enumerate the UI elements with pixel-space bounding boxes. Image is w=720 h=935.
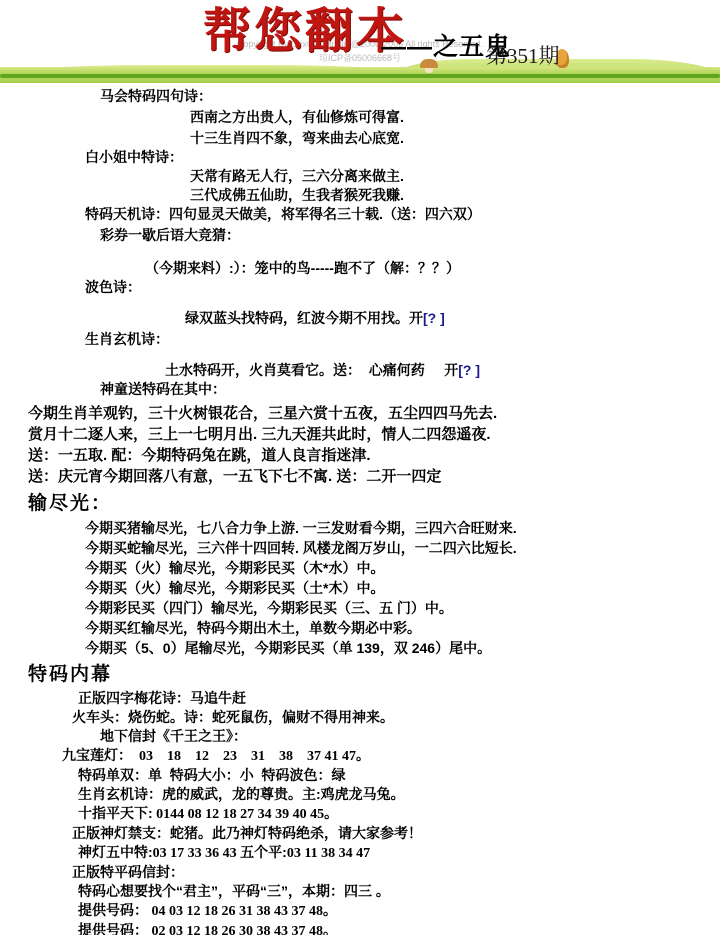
mahui-label: 马会特码四句诗： bbox=[100, 87, 720, 106]
poem-line: 十三生肖四不象，弯来曲去心底宽. bbox=[190, 129, 720, 148]
bose-line: 绿双蓝头找特码，红波今期不用找。开[? ] bbox=[185, 309, 720, 328]
main-poem-line: 送：庆元宵今期回落八有意，一五飞下七不寓. 送：二开一四定 bbox=[28, 466, 720, 487]
open-placeholder: [? ] bbox=[423, 310, 445, 326]
jiubao-label: 九宝莲灯： bbox=[62, 747, 132, 763]
shizhi-numbers: 0144 08 12 18 27 34 39 40 45 bbox=[153, 807, 325, 822]
mushroom-stem bbox=[425, 68, 433, 73]
junzhu-line: 特码心想要找个“君主”，平码“三”，本期：四三 。 bbox=[78, 882, 720, 901]
shengxiao2-line: 生肖玄机诗：虎的威武，龙的尊贵。主:鸡虎龙马兔。 bbox=[78, 785, 720, 804]
tigong-line: 提供号码： 04 03 12 18 26 31 38 43 37 48。 bbox=[78, 901, 720, 921]
shujinguang-line: 今期买（火）输尽光，今期彩民买（土*木）中。 bbox=[85, 578, 720, 598]
issue-number: 第351期 bbox=[486, 40, 560, 70]
poem-line: 三代成佛五仙助，生我者猴死我赚. bbox=[190, 186, 720, 205]
shujinguang-title: 输尽光： bbox=[28, 492, 720, 516]
meihua-line: 正版四字梅花诗：马追牛赶 bbox=[78, 689, 720, 708]
tigong-line: 提供号码： 02 03 12 18 26 30 38 43 37 48。 bbox=[78, 921, 720, 935]
main-poem-line: 赏月十二逐人来，三上一七明月出. 三九天涯共此时，情人二四怨遥夜. bbox=[28, 424, 720, 445]
dixia-line: 地下信封《千王之王》： bbox=[100, 727, 720, 746]
spacer bbox=[0, 297, 720, 309]
lailiao-line: （今期来料）:）：笼中的鸟-----跑不了（解：？？） bbox=[145, 259, 720, 278]
tigong-numbers: 04 03 12 18 26 31 38 43 37 48。 bbox=[148, 904, 337, 919]
tigong-numbers: 02 03 12 18 26 30 38 43 37 48。 bbox=[148, 924, 337, 935]
spacer bbox=[0, 349, 720, 361]
shizhi-end: 。 bbox=[324, 805, 338, 821]
shengxiao-text: 土水特码开，火肖莫看它。送： 心痛何药 开 bbox=[165, 362, 458, 378]
tepingxinfeng-line: 正版特平码信封： bbox=[72, 863, 720, 882]
wuzhongte-line: 神灯五中特:03 17 33 36 43 五个平:03 11 38 34 47 bbox=[78, 843, 720, 863]
mushroom-cap bbox=[420, 59, 438, 68]
grass-banner bbox=[0, 58, 720, 80]
shizhi-line: 十指平天下: 0144 08 12 18 27 34 39 40 45。 bbox=[78, 804, 720, 824]
tigong-label: 提供号码： bbox=[78, 902, 148, 918]
neimu-title: 特码内幕 bbox=[28, 663, 720, 687]
jiubao-end: 。 bbox=[356, 747, 370, 763]
caiquan-label: 彩券一歇后语大竞猜： bbox=[100, 226, 720, 245]
jiubao-numbers: 03 18 12 23 31 38 37 41 47 bbox=[132, 749, 356, 764]
jinzhi-line: 正版神灯禁支：蛇猪。此乃神灯特码绝杀，请大家参考！ bbox=[72, 824, 720, 843]
shujinguang-line: 今期买（火）输尽光，今期彩民买（木*水）中。 bbox=[85, 558, 720, 578]
spacer bbox=[0, 245, 720, 259]
header: Copyright By DexCai Studio @2000-2005 Al… bbox=[0, 0, 720, 80]
shujinguang-line: 今期买（5、0）尾输尽光，今期彩民买（单 139，双 246）尾中。 bbox=[85, 638, 720, 658]
bose-text: 绿双蓝头找特码，红波今期不用找。开 bbox=[185, 310, 423, 326]
poem-line: 天常有路无人行，三六分离来做主. bbox=[190, 167, 720, 186]
content: 马会特码四句诗： 西南之方出贵人，有仙修炼可得富. 十三生肖四不象，弯来曲去心底… bbox=[0, 80, 720, 935]
wuzhongte-numbers: 03 17 33 36 43 bbox=[153, 846, 241, 861]
page: Copyright By DexCai Studio @2000-2005 Al… bbox=[0, 0, 720, 935]
main-poem-line: 今期生肖羊观钓，三十火树银花合，三星六赏十五夜，五尘四四马先去. bbox=[28, 403, 720, 424]
shujinguang-line: 今期彩民买（四门）输尽光，今期彩民买（三、五 门）中。 bbox=[85, 598, 720, 618]
shizhi-label: 十指平天下: bbox=[78, 805, 153, 821]
open-placeholder: [? ] bbox=[458, 362, 480, 378]
jiubao-line: 九宝莲灯： 03 18 12 23 31 38 37 41 47。 bbox=[62, 746, 720, 766]
huochetou-line: 火车头：烧伤蛇。诗：蛇死鼠伤，偏财不得用神来。 bbox=[72, 708, 720, 727]
wuzhongte-label: 神灯五中特: bbox=[78, 844, 153, 860]
main-poem-line: 送：一五取. 配：今期特码兔在跳，道人良言指迷津. bbox=[28, 445, 720, 466]
grass-edge bbox=[0, 74, 720, 78]
tigong-label: 提供号码： bbox=[78, 922, 148, 935]
tianji-line: 特码天机诗：四句显灵天做美，将军得名三十载.（送：四六双） bbox=[85, 205, 720, 224]
shujinguang-line: 今期买猪输尽光，七八合力争上游. 一三发财看今期，三四六合旺财来. bbox=[85, 518, 720, 538]
shengxiao-line: 土水特码开，火肖莫看它。送： 心痛何药 开[? ] bbox=[165, 361, 720, 380]
danshuang-line: 特码单双：单 特码大小：小 特码波色：绿 bbox=[78, 766, 720, 785]
poem-line: 西南之方出贵人，有仙修炼可得富. bbox=[190, 108, 720, 127]
bose-label: 波色诗： bbox=[85, 278, 720, 297]
mushroom-icon bbox=[420, 59, 438, 73]
baixiaojie-label: 白小姐中特诗： bbox=[85, 148, 720, 167]
shengxiao-label: 生肖玄机诗： bbox=[85, 330, 720, 349]
shentong-label: 神童送特码在其中： bbox=[100, 380, 720, 399]
site-title: 帮您翻本 bbox=[203, 0, 407, 61]
wugeping-numbers: 03 11 38 34 47 bbox=[287, 846, 370, 861]
wugeping-label: 五个平: bbox=[240, 844, 287, 860]
shujinguang-line: 今期买红输尽光，特码今期出木土，单数今期必中彩。 bbox=[85, 618, 720, 638]
shujinguang-line: 今期买蛇输尽光，三六伴十四回转. 风楼龙阁万岁山，一二四六比短长. bbox=[85, 538, 720, 558]
